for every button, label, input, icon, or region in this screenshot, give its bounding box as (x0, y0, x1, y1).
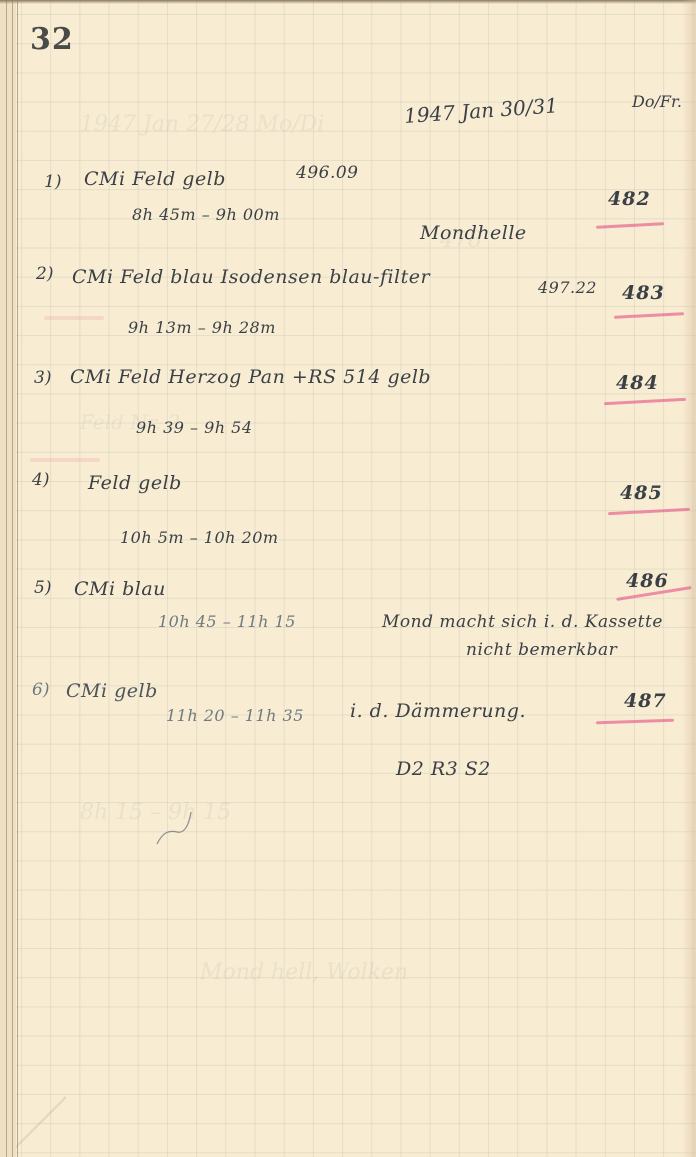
entry-extra: 496.09 (296, 163, 358, 183)
bleed-through-text: Mond hell, Wolken (200, 960, 408, 985)
entry-extra: 497.22 (538, 278, 597, 297)
entry-description: CMi Feld Herzog Pan +RS 514 gelb (70, 366, 431, 388)
conditions-signature: D2 R3 S2 (396, 758, 491, 780)
entry-time: 8h 45m – 9h 00m (132, 205, 280, 224)
red-underline (596, 222, 664, 229)
entry-description: CMi Feld blau Isodensen blau-filter (72, 266, 430, 288)
entry-time: 10h 5m – 10h 20m (120, 528, 279, 547)
page-corner-fold (16, 1087, 66, 1157)
entry-description: CMi blau (74, 578, 166, 600)
entry-time: 9h 13m – 9h 28m (128, 318, 276, 337)
entry-note: i. d. Dämmerung. (350, 700, 526, 722)
plate-number: 484 (616, 372, 659, 394)
entry-description: CMi gelb (66, 680, 158, 702)
entry-description: Feld gelb (88, 472, 182, 494)
header-date: 1947 Jan 30/31 (403, 93, 558, 128)
page-number: 32 (30, 22, 74, 57)
binding-margin (0, 0, 16, 1157)
entry-note: Mond macht sich i. d. Kassette (382, 612, 663, 632)
entry-index: 5) (34, 578, 51, 598)
entry-index: 2) (36, 264, 53, 284)
faint-red-mark (44, 316, 104, 320)
page-right-edge (682, 0, 696, 1157)
entry-time: 10h 45 – 11h 15 (158, 612, 296, 631)
binding-line (6, 0, 7, 1157)
binding-line (17, 0, 18, 1157)
header-weekday: Do/Fr. (632, 92, 682, 111)
entry-description: CMi Feld gelb (84, 168, 226, 190)
plate-number: 486 (626, 570, 669, 592)
red-underline (614, 312, 684, 319)
page-top-edge (0, 0, 696, 4)
faint-red-mark (30, 458, 100, 462)
red-underline (604, 398, 686, 405)
entry-index: 1) (44, 172, 61, 192)
entry-note: Mondhelle (420, 222, 527, 244)
entry-time: 9h 39 – 9h 54 (136, 418, 253, 437)
red-underline (596, 719, 674, 725)
plate-number: 483 (622, 282, 665, 304)
entry-note: nicht bemerkbar (466, 640, 617, 660)
notebook-page: 1947 Jan 27/28 Mo/Di 478 Feld Nr. 2 8h 1… (0, 0, 696, 1157)
entry-index: 4) (32, 470, 49, 490)
pen-squiggle-icon (155, 808, 195, 848)
plate-number: 482 (608, 188, 651, 210)
plate-number: 487 (624, 690, 667, 712)
red-underline (608, 508, 690, 515)
entry-index: 6) (32, 680, 49, 700)
entry-time: 11h 20 – 11h 35 (166, 706, 304, 725)
plate-number: 485 (620, 482, 663, 504)
binding-line (12, 0, 13, 1157)
bleed-through-text: 1947 Jan 27/28 Mo/Di (80, 112, 324, 137)
entry-index: 3) (34, 368, 51, 388)
